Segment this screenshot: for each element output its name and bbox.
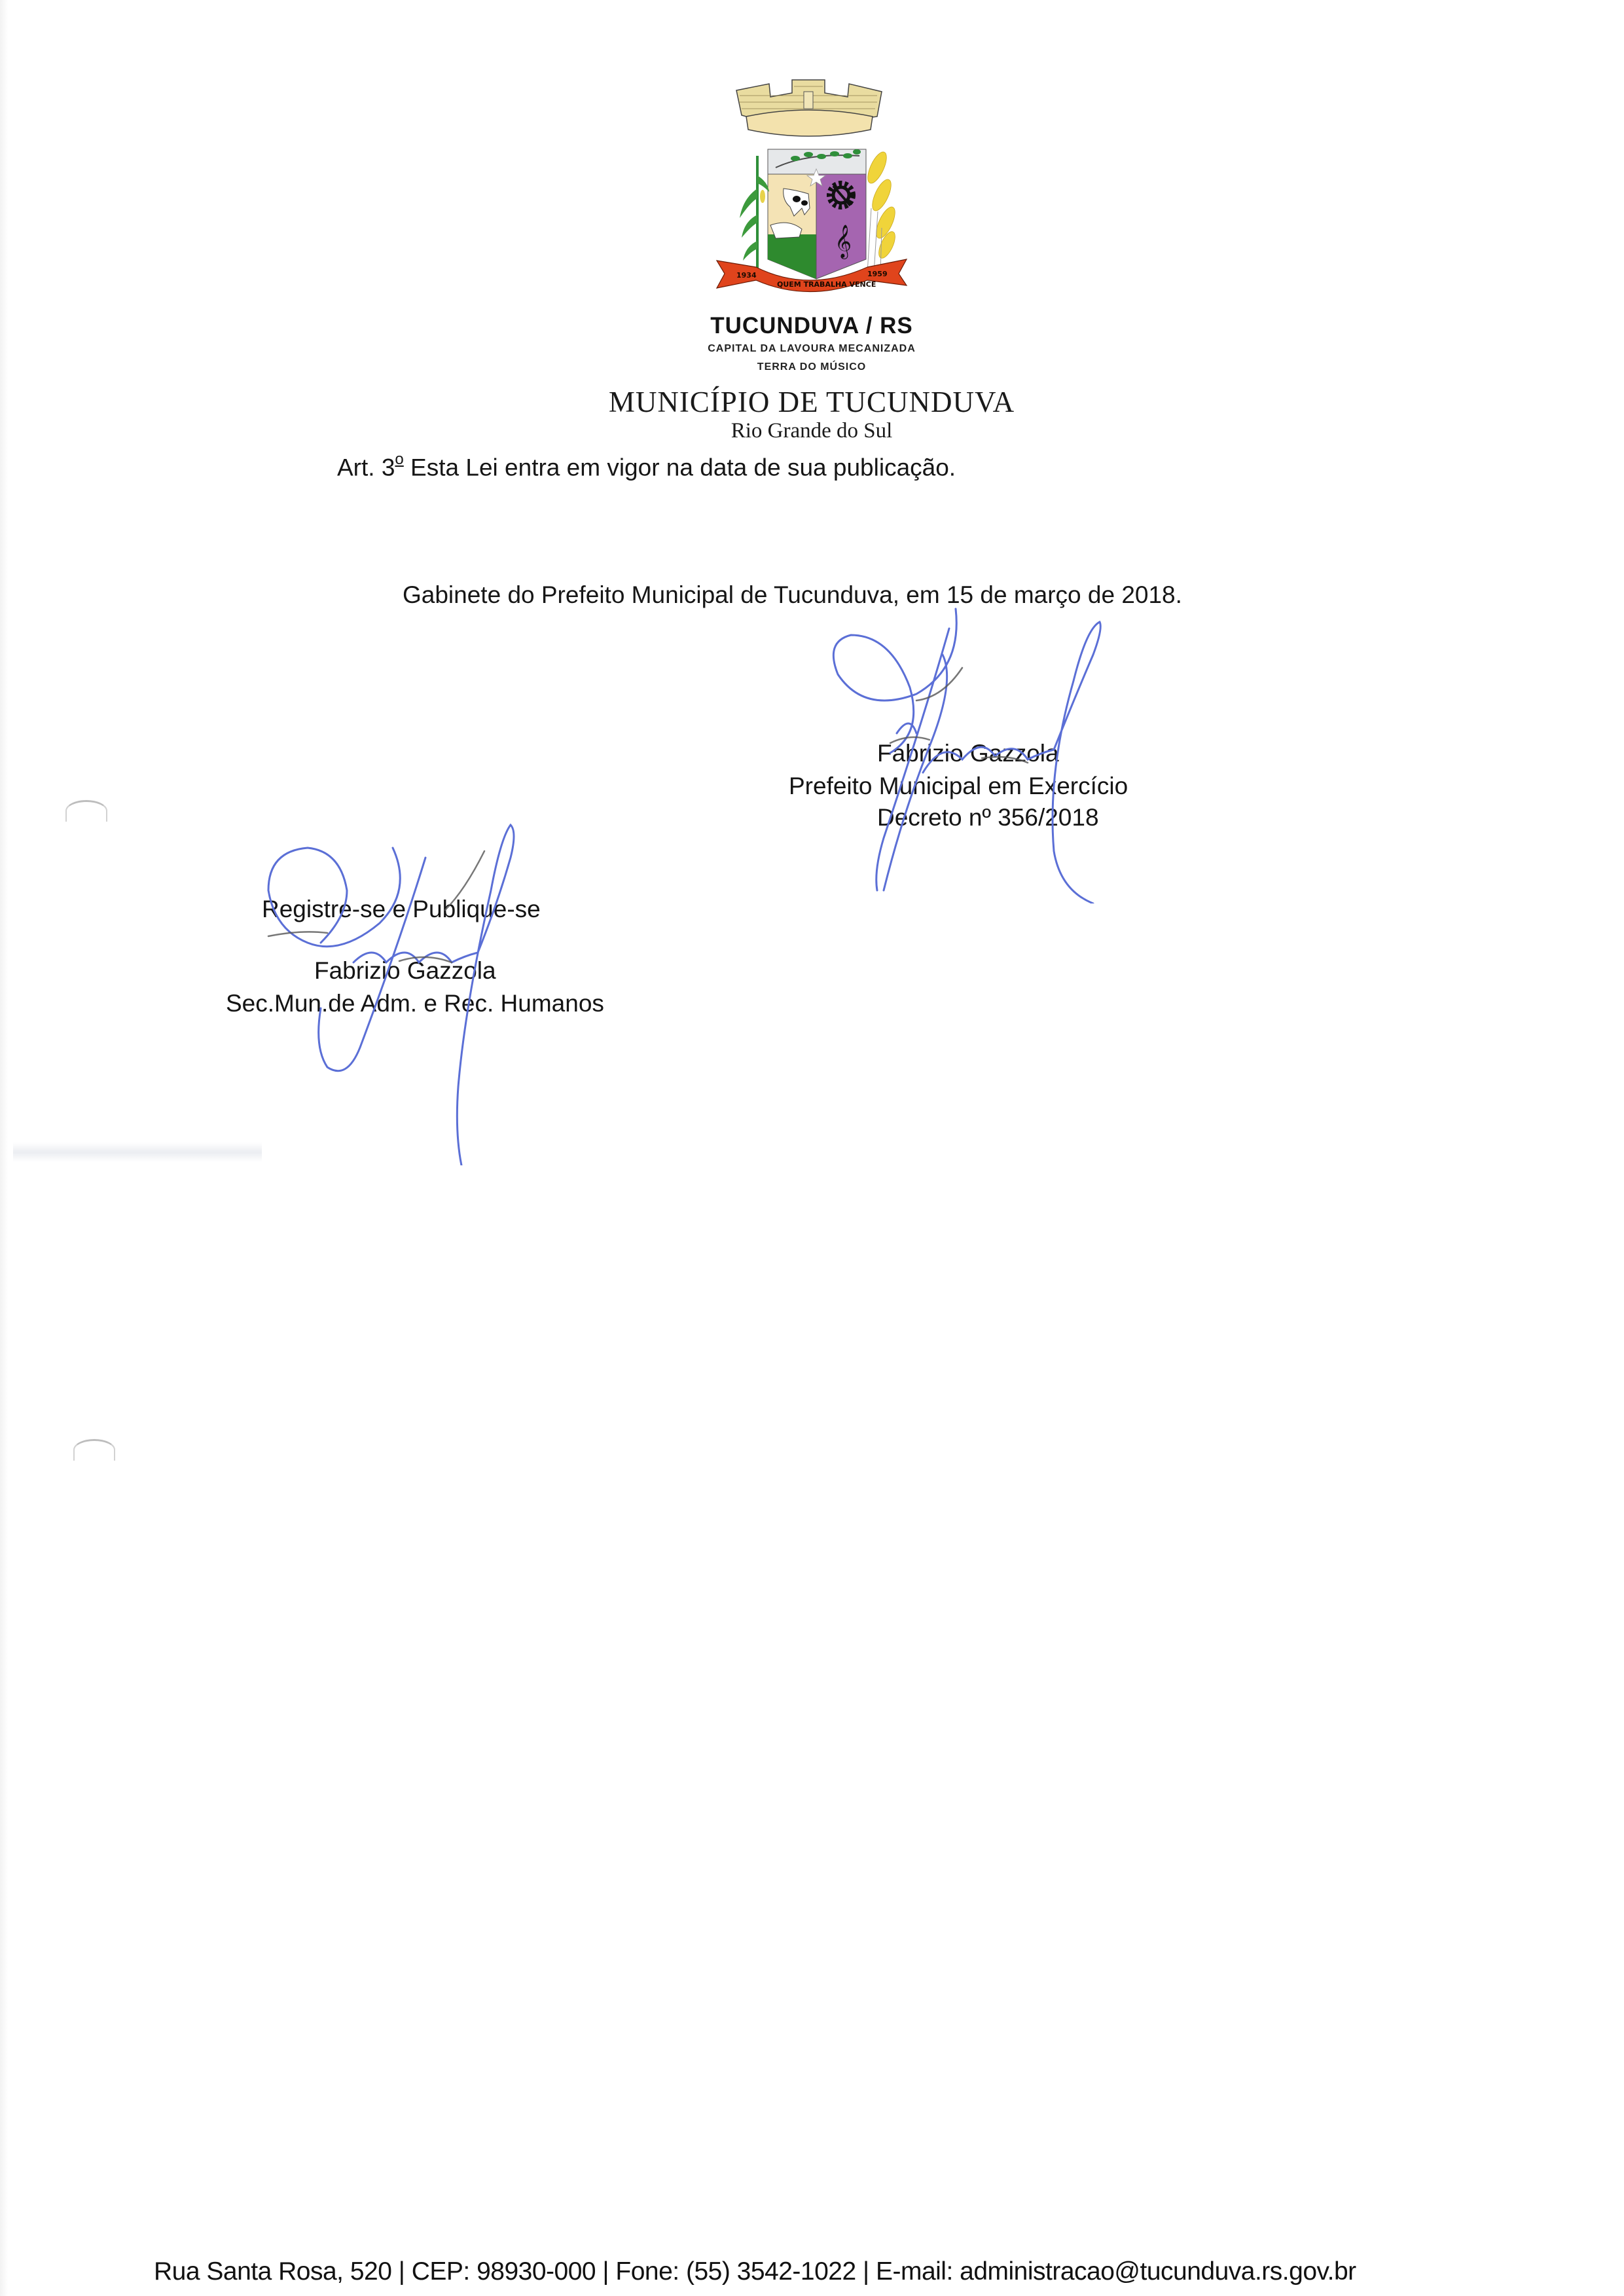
- signer-name: Fabrizio Gazzola: [314, 957, 496, 985]
- svg-text:𝄞: 𝄞: [835, 225, 852, 259]
- scan-edge-shadow: [0, 0, 8, 2296]
- signer-role: Prefeito Municipal em Exercício: [789, 773, 1128, 800]
- article-ordinal: o: [395, 450, 403, 468]
- crest-subtitle: TERRA DO MÚSICO: [681, 361, 943, 373]
- state-heading: Rio Grande do Sul: [524, 419, 1100, 443]
- footer-contact-line: Rua Santa Rosa, 520 | CEP: 98930-000 | F…: [154, 2257, 1356, 2286]
- coat-of-arms-icon: 𝄞 1934 QUEM TRABALHA VENCE 1959: [710, 77, 913, 293]
- crest-subtitle: CAPITAL DA LAVOURA MECANIZADA: [681, 343, 943, 355]
- municipality-heading: MUNICÍPIO DE TUCUNDUVA: [524, 385, 1100, 419]
- signer-name: Fabrizio Gazzola: [877, 740, 1059, 767]
- signer-role: Sec.Mun.de Adm. e Rec. Humanos: [226, 990, 604, 1017]
- svg-text:1959: 1959: [867, 270, 888, 278]
- handwritten-signature-icon: [249, 812, 589, 1165]
- crest-title: TUCUNDUVA / RS: [681, 313, 943, 339]
- article-paragraph: Art. 3o Esta Lei entra em vigor na data …: [337, 453, 956, 481]
- punch-hole-mark: [73, 1439, 115, 1461]
- signer-decree: Decreto nº 356/2018: [877, 804, 1099, 831]
- punch-hole-mark: [65, 800, 107, 822]
- svg-text:QUEM TRABALHA VENCE: QUEM TRABALHA VENCE: [777, 280, 876, 289]
- svg-text:1934: 1934: [736, 271, 757, 280]
- scan-smudge: [13, 1142, 262, 1162]
- article-text: Esta Lei entra em vigor na data de sua p…: [404, 454, 956, 481]
- registration-note: Registre-se e Publique-se: [262, 896, 541, 923]
- closing-date-line: Gabinete do Prefeito Municipal de Tucund…: [403, 581, 1182, 609]
- article-label: Art. 3: [337, 454, 395, 481]
